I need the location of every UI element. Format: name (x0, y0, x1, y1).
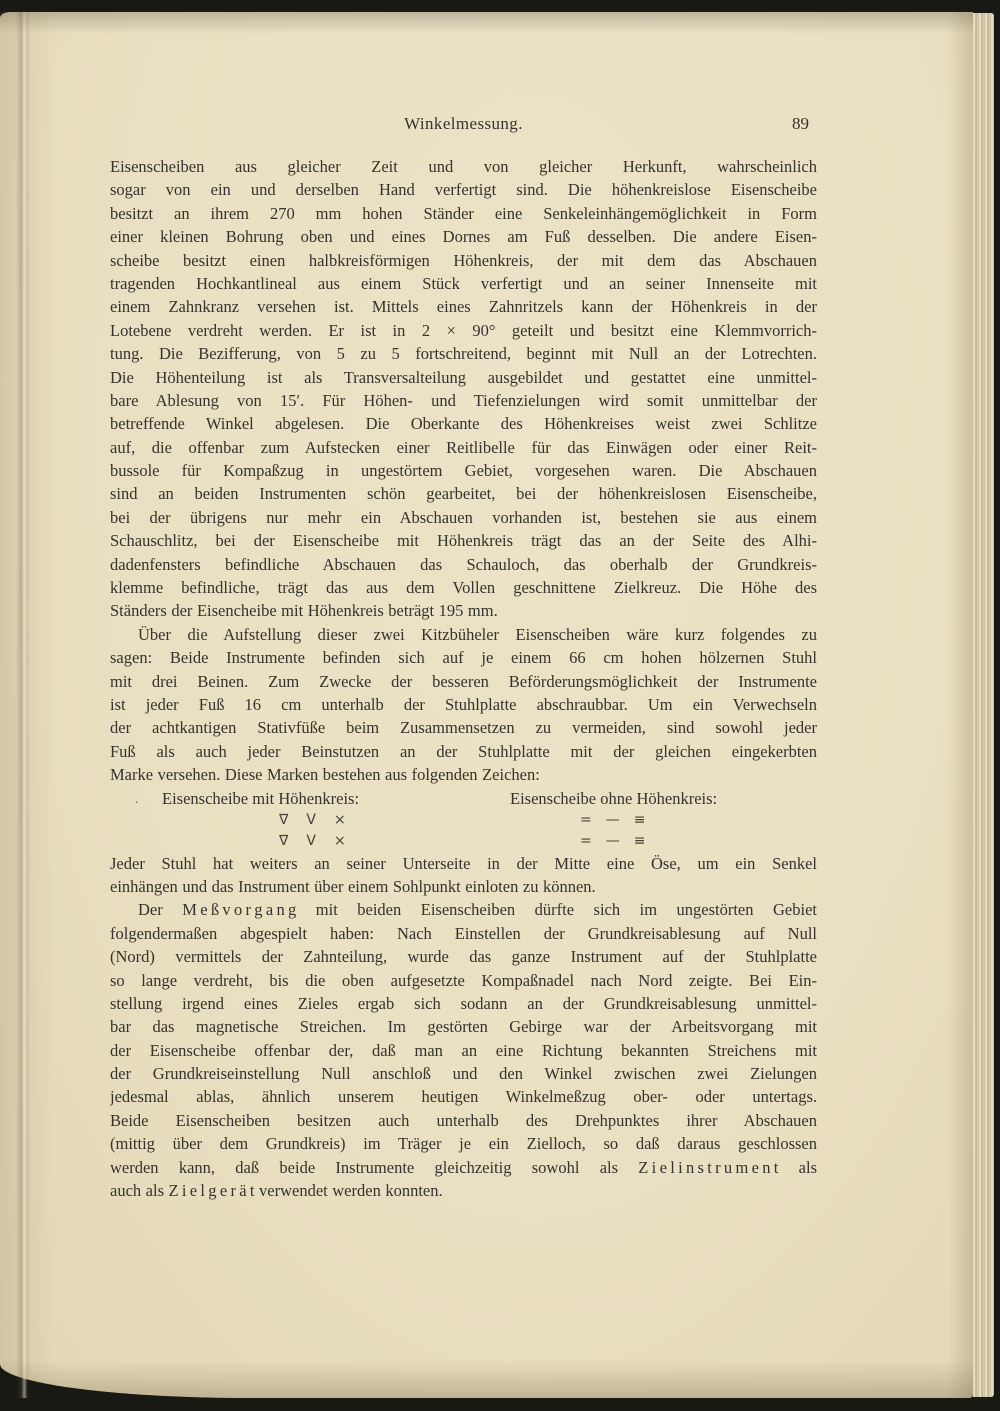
symbols-header-row: . Eisenscheibe mit Höhenkreis: Eisensche… (110, 787, 817, 810)
text-line: sogar von ein und derselben Hand verfert… (110, 178, 817, 201)
mark-symbol: = (580, 810, 592, 831)
text-line: ist jeder Fuß 16 cm unterhalb der Stuhlp… (110, 693, 817, 716)
symbol-group: =—≡ (580, 831, 645, 852)
text-line: Lotebene verdreht werden. Er ist in 2 × … (110, 319, 817, 342)
mark-symbol: ≡ (634, 831, 646, 852)
text-line: sagen: Beide Instrumente befinden sich a… (110, 646, 817, 669)
text-line: Schauschlitz, bei der Eisenscheibe mit H… (110, 529, 817, 552)
text-line: betreffende Winkel abgelesen. Die Oberka… (110, 412, 817, 435)
text-line: tung. Die Bezifferung, von 5 zu 5 fortsc… (110, 342, 817, 365)
page-crease (16, 12, 30, 1398)
stray-dot: . (135, 787, 138, 810)
text-line: bussole für Kompaßzug in ungestörtem Geb… (110, 459, 817, 482)
text-line: so lange verdreht, bis die oben aufgeset… (110, 969, 817, 992)
text-line: stellung irgend eines Zieles ergab sich … (110, 992, 817, 1015)
text-line: klemme befindliche, trägt das aus dem Vo… (110, 576, 817, 599)
text-line: bei der übrigens nur mehr ein Abschauen … (110, 506, 817, 529)
symbols-left-header: Eisenscheibe mit Höhenkreis: (162, 787, 359, 810)
mark-symbol: × (334, 831, 346, 852)
text-line: Beide Eisenscheiben besitzen auch unterh… (110, 1109, 817, 1132)
text-line: mit drei Beinen. Zum Zwecke der besseren… (110, 670, 817, 693)
mark-symbol: — (606, 810, 620, 831)
page-stack-edge (973, 13, 994, 1397)
page-header: Winkelmessung. 89 (110, 112, 817, 136)
symbols-row: ∇V×=—≡ (110, 810, 817, 831)
text-line: scheibe besitzt einen halbkreisförmigen … (110, 249, 817, 272)
paragraph-4: Der M e ß v o r g a n g mit beiden Eisen… (110, 898, 817, 1202)
symbol-group: =—≡ (580, 810, 645, 831)
text-line: der Grundkreiseinstellung Null anschloß … (110, 1062, 817, 1085)
text-line: Über die Aufstellung dieser zwei Kitzbüh… (110, 623, 817, 646)
text-line: werden kann, daß beide Instrumente gleic… (110, 1156, 817, 1179)
symbols-rows: ∇V×=—≡∇V×=—≡ (110, 810, 817, 852)
text-line: bar das magnetische Streichen. Im gestör… (110, 1015, 817, 1038)
text-line: einer kleinen Bohrung oben und eines Dor… (110, 225, 817, 248)
mark-symbol: — (606, 831, 620, 852)
text-line: Eisenscheiben aus gleicher Zeit und von … (110, 155, 817, 178)
text-line: (Nord) vermittels der Zahnteilung, wurde… (110, 945, 817, 968)
text-line: jedesmal ablas, ähnlich unserem heutigen… (110, 1085, 817, 1108)
mark-symbol: × (334, 810, 346, 831)
symbol-group: ∇V× (279, 831, 346, 852)
page-content: Winkelmessung. 89 Eisenscheiben aus glei… (110, 112, 817, 1202)
symbols-right-header: Eisenscheibe ohne Höhenkreis: (510, 787, 717, 810)
paragraph-3: Jeder Stuhl hat weiters an seiner Unters… (110, 852, 817, 899)
text-line: folgendermaßen abgespielt haben: Nach Ei… (110, 922, 817, 945)
text-line: der achtkantigen Stativfüße beim Zusamme… (110, 716, 817, 739)
text-line: einhängen und das Instrument über einem … (110, 875, 817, 898)
text-line: Fuß als auch jeder Beinstutzen an der St… (110, 740, 817, 763)
text-line: dadenfensters befindliche Abschauen das … (110, 553, 817, 576)
mark-symbol: V (306, 810, 316, 831)
mark-symbol: ≡ (634, 810, 646, 831)
text-line: (mittig über dem Grundkreis) im Träger j… (110, 1132, 817, 1155)
text-line: bare Ablesung von 15′. Für Höhen- und Ti… (110, 389, 817, 412)
running-title: Winkelmessung. (110, 112, 817, 136)
mark-symbol: ∇ (279, 831, 288, 852)
text-line: Der M e ß v o r g a n g mit beiden Eisen… (110, 898, 817, 921)
text-line: sind an beiden Instrumenten schön gearbe… (110, 482, 817, 505)
book-scan: Winkelmessung. 89 Eisenscheiben aus glei… (0, 0, 1000, 1411)
mark-symbol: = (580, 831, 592, 852)
text-line: Die Höhenteilung ist als Transversalteil… (110, 366, 817, 389)
page-number: 89 (792, 112, 809, 136)
text-line: einem Zahnkranz versehen ist. Mittels ei… (110, 295, 817, 318)
text-line: tragenden Hochkantlineal aus einem Stück… (110, 272, 817, 295)
mark-symbol: ∇ (279, 810, 288, 831)
paragraph-2: Über die Aufstellung dieser zwei Kitzbüh… (110, 623, 817, 787)
mark-symbol: V (306, 831, 316, 852)
symbols-row: ∇V×=—≡ (110, 831, 817, 852)
text-line: Jeder Stuhl hat weiters an seiner Unters… (110, 852, 817, 875)
symbol-group: ∇V× (279, 810, 346, 831)
text-line: auf, die offenbar zum Aufstecken einer R… (110, 436, 817, 459)
book-page: Winkelmessung. 89 Eisenscheiben aus glei… (0, 12, 973, 1398)
text-line: Marke versehen. Diese Marken bestehen au… (110, 763, 817, 786)
text-line: auch als Z i e l g e r ä t verwendet wer… (110, 1179, 817, 1202)
text-line: Ständers der Eisencheibe mit Höhenkreis … (110, 599, 817, 622)
text-line: der Eisenscheibe offenbar der, daß man a… (110, 1039, 817, 1062)
text-line: besitzt an ihrem 270 mm hohen Ständer ei… (110, 202, 817, 225)
paragraph-1: Eisenscheiben aus gleicher Zeit und von … (110, 155, 817, 623)
